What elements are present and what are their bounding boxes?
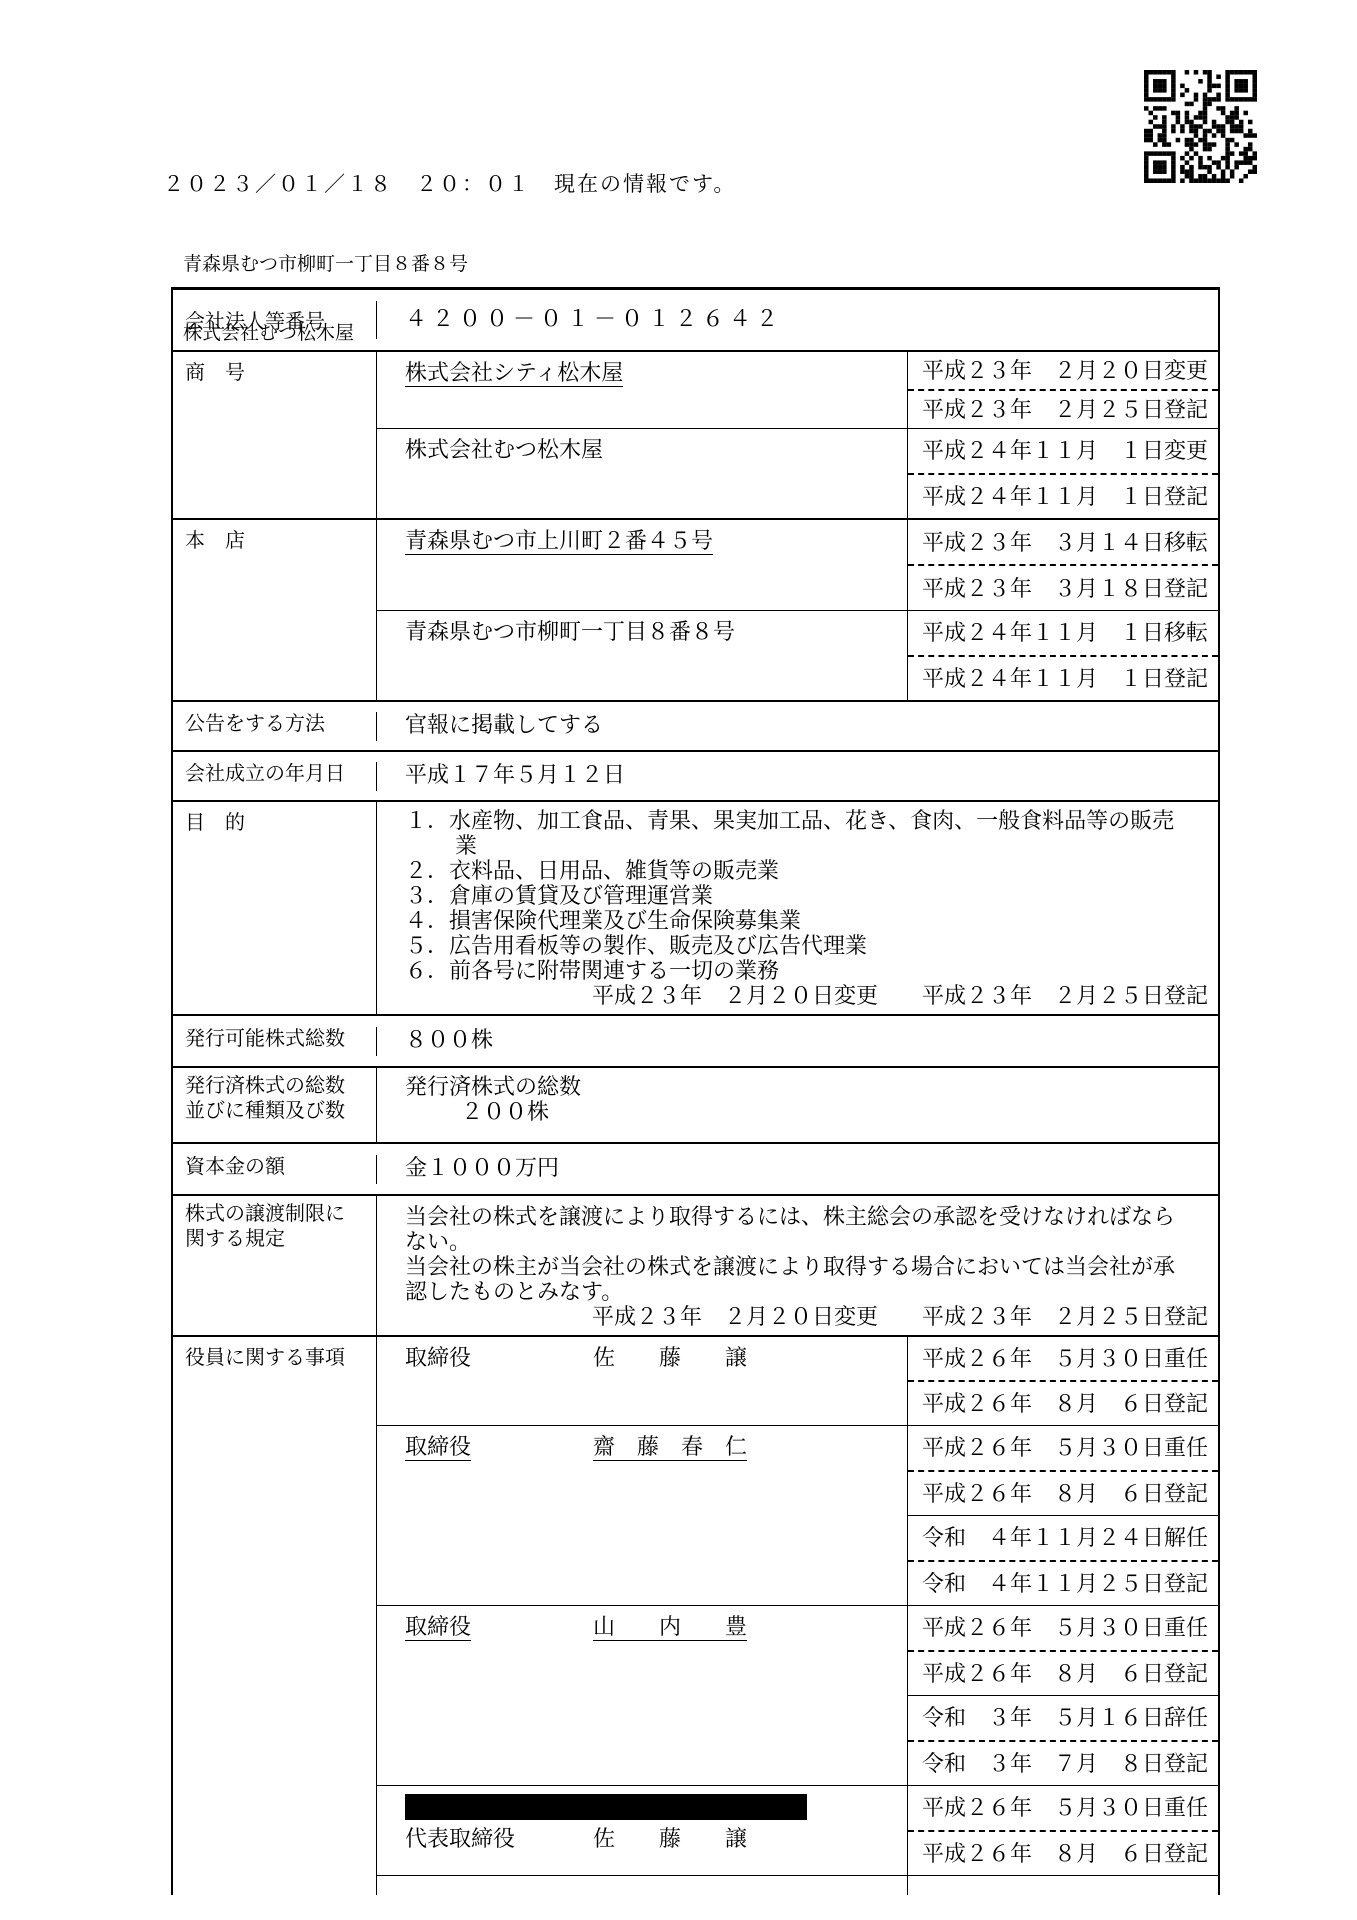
issued-shares-value-line1: 発行済株式の総数	[405, 1074, 1204, 1099]
trade-name-entry: 株式会社シティ松木屋 平成２３年 ２月２０日変更 平成２３年 ２月２５日登記	[377, 352, 1218, 428]
incorporation-date-value: 平成１７年５月１２日	[377, 762, 1218, 791]
row-authorized-shares: 発行可能株式総数 ８００株	[173, 1014, 1218, 1066]
registration-date: 平成２６年 ８月 ６日登記	[908, 1650, 1218, 1696]
row-transfer-restriction: 株式の譲渡制限に 関する規定 当会社の株式を譲渡により取得するには、株主総会の承…	[173, 1194, 1218, 1335]
officers-label: 役員に関する事項	[173, 1337, 377, 1895]
corporate-number-label: 会社法人等番号	[173, 301, 377, 339]
registration-date: 平成２４年１１月 １日登記	[908, 655, 1218, 701]
registration-date: 令和 ４年１１月２５日登記	[908, 1560, 1218, 1606]
transfer-restriction-label-line2: 関する規定	[185, 1227, 370, 1252]
officer-title: 取締役	[405, 1345, 593, 1370]
head-office-entry: 青森県むつ市上川町２番４５号 平成２３年 ３月１４日移転 平成２３年 ３月１８日…	[377, 520, 1218, 610]
reappointment-date: 平成２６年 ５月３０日重任	[908, 1606, 1218, 1650]
officer-name: 佐 藤 譲	[593, 1345, 747, 1370]
officer-entry-partial	[377, 1875, 1218, 1895]
purpose-item: １．水産物、加工食品、青果、果実加工品、花き、食肉、一般食料品等の販売業	[405, 808, 1194, 858]
head-office-entry: 青森県むつ市柳町一丁目８番８号 平成２４年１１月 １日移転 平成２４年１１月 １…	[377, 610, 1218, 700]
purpose-item: ３．倉庫の賃貸及び管理運営業	[405, 883, 1194, 908]
authorized-shares-label: 発行可能株式総数	[173, 1027, 377, 1056]
registration-date: 平成２４年１１月 １日登記	[908, 473, 1218, 519]
corporate-number-value: ４２００－０１－０１２６４２	[377, 306, 1218, 335]
capital-value: 金１０００万円	[377, 1155, 1218, 1184]
officer-title: 代表取締役	[405, 1826, 593, 1851]
officer-entry: 取締役 佐 藤 譲 平成２６年 ５月３０日重任 平成２６年 ８月 ６日登記	[377, 1337, 1218, 1425]
transfer-restriction-paragraph: 当会社の株式を譲渡により取得するには、株主総会の承認を受けなければならない。	[405, 1204, 1194, 1254]
transfer-restriction-change-dates: 平成２３年 ２月２０日変更 平成２３年 ２月２５日登記	[377, 1304, 1218, 1335]
row-capital: 資本金の額 金１０００万円	[173, 1142, 1218, 1194]
resignation-date: 令和 ３年 ５月１６日辞任	[908, 1695, 1218, 1740]
registry-table: 会社法人等番号 ４２００－０１－０１２６４２ 商 号 株式会社シティ松木屋 平成…	[171, 287, 1220, 1895]
registration-date: 平成２３年 ２月２５日登記	[908, 389, 1218, 428]
public-notice-value: 官報に掲載してする	[377, 712, 1218, 741]
purpose-item: ２．衣料品、日用品、雑貨等の販売業	[405, 858, 1194, 883]
row-corporate-number: 会社法人等番号 ４２００－０１－０１２６４２	[173, 290, 1218, 350]
registration-date: 令和 ３年 ７月 ８日登記	[908, 1740, 1218, 1786]
former-head-office-address: 青森県むつ市上川町２番４５号	[405, 528, 713, 555]
capital-label: 資本金の額	[173, 1155, 377, 1184]
issued-shares-count: ２００株	[405, 1099, 1204, 1124]
authorized-shares-value: ８００株	[377, 1027, 1218, 1056]
purpose-item: ４．損害保険代理業及び生命保険募集業	[405, 908, 1194, 933]
officer-name: 齋 藤 春 仁	[593, 1434, 747, 1461]
officer-entry: 取締役 齋 藤 春 仁 平成２６年 ５月３０日重任 平成２６年 ８月 ６日登記 …	[377, 1425, 1218, 1605]
timestamp-line: ２０２３／０１／１８ ２０：０１ 現在の情報です。	[163, 168, 736, 198]
registration-date: 平成２６年 ８月 ６日登記	[908, 1380, 1218, 1425]
row-head-office: 本 店 青森県むつ市上川町２番４５号 平成２３年 ３月１４日移転 平成２３年 ３…	[173, 518, 1218, 700]
relocation-date: 平成２３年 ３月１４日移転	[908, 520, 1218, 564]
row-incorporation-date: 会社成立の年月日 平成１７年５月１２日	[173, 750, 1218, 800]
officer-name: 佐 藤 譲	[593, 1826, 747, 1851]
trade-name-label: 商 号	[173, 352, 377, 518]
officer-entry: 取締役 山 内 豊 平成２６年 ５月３０日重任 平成２６年 ８月 ６日登記 令和…	[377, 1605, 1218, 1785]
issued-shares-label-line1: 発行済株式の総数	[185, 1074, 370, 1099]
public-notice-label: 公告をする方法	[173, 712, 377, 741]
trade-name-entry: 株式会社むつ松木屋 平成２４年１１月 １日変更 平成２４年１１月 １日登記	[377, 428, 1218, 518]
row-public-notice: 公告をする方法 官報に掲載してする	[173, 700, 1218, 750]
reappointment-date: 平成２６年 ５月３０日重任	[908, 1337, 1218, 1380]
transfer-restriction-text: 当会社の株式を譲渡により取得するには、株主総会の承認を受けなければならない。 当…	[377, 1196, 1218, 1304]
relocation-date: 平成２４年１１月 １日移転	[908, 611, 1218, 655]
reappointment-date: 平成２６年 ５月３０日重任	[908, 1426, 1218, 1470]
incorporation-date-label: 会社成立の年月日	[173, 762, 377, 791]
officer-title: 取締役	[405, 1614, 471, 1641]
change-date: 平成２４年１１月 １日変更	[908, 429, 1218, 473]
purpose-item: ６．前各号に附帯関連する一切の業務	[405, 958, 1194, 983]
issued-shares-label-line2: 並びに種類及び数	[185, 1099, 370, 1124]
current-trade-name: 株式会社むつ松木屋	[377, 429, 907, 518]
purpose-label: 目 的	[173, 802, 377, 1014]
row-trade-name: 商 号 株式会社シティ松木屋 平成２３年 ２月２０日変更 平成２３年 ２月２５日…	[173, 350, 1218, 518]
head-office-label: 本 店	[173, 520, 377, 700]
scanned-registry-document: { "page": { "timestamp": "２０２３／０１／１８ ２０：…	[0, 0, 1357, 1920]
transfer-restriction-label-line1: 株式の譲渡制限に	[185, 1202, 370, 1227]
purpose-item: ５．広告用看板等の製作、販売及び広告代理業	[405, 933, 1194, 958]
registration-date: 平成２６年 ８月 ６日登記	[908, 1830, 1218, 1876]
dismissal-date: 令和 ４年１１月２４日解任	[908, 1515, 1218, 1560]
purpose-list: １．水産物、加工食品、青果、果実加工品、花き、食肉、一般食料品等の販売業 ２．衣…	[377, 802, 1218, 983]
officer-name: 山 内 豊	[593, 1614, 747, 1641]
change-date: 平成２３年 ２月２０日変更	[908, 352, 1218, 389]
former-trade-name: 株式会社シティ松木屋	[405, 360, 623, 387]
registration-date: 平成２３年 ３月１８日登記	[908, 564, 1218, 610]
qr-code-image	[1144, 70, 1257, 183]
current-head-office-address: 青森県むつ市柳町一丁目８番８号	[377, 611, 907, 700]
reappointment-date: 平成２６年 ５月３０日重任	[908, 1786, 1218, 1830]
officer-title: 取締役	[405, 1434, 471, 1461]
purpose-change-dates: 平成２３年 ２月２０日変更 平成２３年 ２月２５日登記	[377, 983, 1218, 1014]
transfer-restriction-paragraph: 当会社の株主が当会社の株式を譲渡により取得する場合においては当会社が承認したもの…	[405, 1254, 1194, 1304]
row-purpose: 目 的 １．水産物、加工食品、青果、果実加工品、花き、食肉、一般食料品等の販売業…	[173, 800, 1218, 1014]
row-issued-shares: 発行済株式の総数 並びに種類及び数 発行済株式の総数 ２００株	[173, 1066, 1218, 1142]
qr-code	[1144, 70, 1257, 183]
row-officers: 役員に関する事項 取締役 佐 藤 譲 平成２６年 ５月３０日重任 平成２６年 ８…	[173, 1335, 1218, 1895]
officer-entry: 代表取締役 佐 藤 譲 平成２６年 ５月３０日重任 平成２６年 ８月 ６日登記	[377, 1785, 1218, 1875]
redaction-bar	[405, 1794, 807, 1820]
company-address: 青森県むつ市柳町一丁目８番８号	[183, 253, 468, 276]
registration-date: 平成２６年 ８月 ６日登記	[908, 1470, 1218, 1516]
